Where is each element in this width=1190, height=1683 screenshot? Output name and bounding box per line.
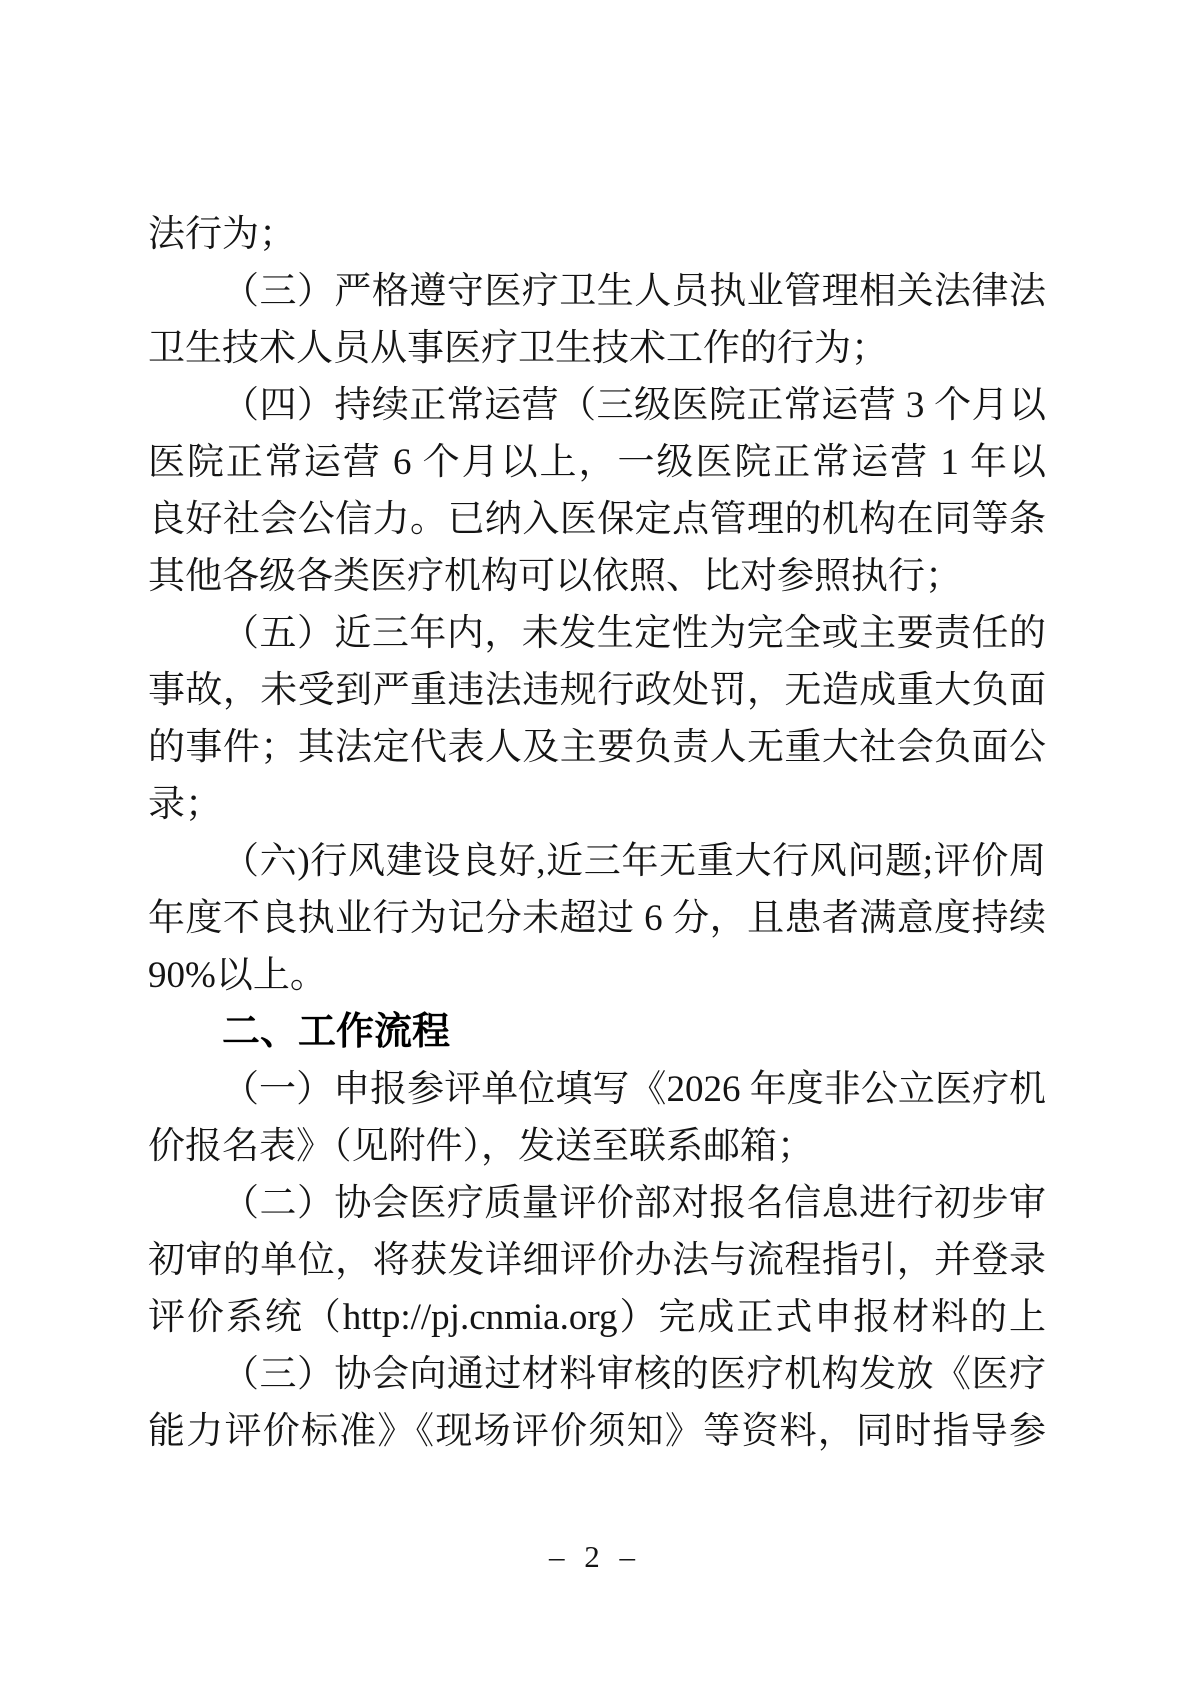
- section-heading-workflow: 二、工作流程: [148, 1004, 1046, 1061]
- paragraph-line: （三）严格遵守医疗卫生人员执业管理相关法律法规，无非: [148, 263, 1046, 320]
- paragraph-line: 事故，未受到严重违法违规行政处罚，无造成重大负面社会影响: [148, 662, 1046, 719]
- paragraph-line: （五）近三年内，未发生定性为完全或主要责任的重大医疗: [148, 605, 1046, 662]
- document-body: 法行为； （三）严格遵守医疗卫生人员执业管理相关法律法规，无非 卫生技术人员从事…: [148, 206, 1046, 1460]
- paragraph-line: 法行为；: [148, 206, 1046, 263]
- document-page: 法行为； （三）严格遵守医疗卫生人员执业管理相关法律法规，无非 卫生技术人员从事…: [0, 0, 1190, 1683]
- paragraph-line: 录；: [148, 776, 1046, 833]
- paragraph-line: 能力评价标准》《现场评价须知》等资料，同时指导参评单位进: [148, 1403, 1046, 1460]
- paragraph-line: （六)行风建设良好,近三年无重大行风问题;评价周期内，: [148, 833, 1046, 890]
- paragraph-line: 初审的单位，将获发详细评价办法与流程指引，并登录协会行业: [148, 1232, 1046, 1289]
- paragraph-line: 的事件；其法定代表人及主要负责人无重大社会负面公共信用记: [148, 719, 1046, 776]
- paragraph-line: （三）协会向通过材料审核的医疗机构发放《医疗质量服务: [148, 1346, 1046, 1403]
- paragraph-line: 年度不良执业行为记分未超过 6 分，且患者满意度持续保持在: [148, 890, 1046, 947]
- page-number: – 2 –: [0, 1528, 1190, 1585]
- paragraph-line: 评价系统（http://pj.cnmia.org）完成正式申报材料的上传与提交；: [148, 1289, 1046, 1346]
- paragraph-line: 价报名表》（见附件），发送至联系邮箱；: [148, 1118, 1046, 1175]
- paragraph-line: 医院正常运营 6 个月以上，一级医院正常运营 1 年以上），具有: [148, 434, 1046, 491]
- paragraph-line: 90%以上。: [148, 947, 1046, 1004]
- paragraph-line: 良好社会公信力。已纳入医保定点管理的机构在同等条件下优先。: [148, 491, 1046, 548]
- paragraph-line: （四）持续正常运营（三级医院正常运营 3 个月以上，二级: [148, 377, 1046, 434]
- paragraph-line: （一）申报参评单位填写《2026 年度非公立医疗机构行业评: [148, 1061, 1046, 1118]
- paragraph-line: 卫生技术人员从事医疗卫生技术工作的行为；: [148, 320, 1046, 377]
- paragraph-line: 其他各级各类医疗机构可以依照、比对参照执行；: [148, 548, 1046, 605]
- paragraph-line: （二）协会医疗质量评价部对报名信息进行初步审核。通过: [148, 1175, 1046, 1232]
